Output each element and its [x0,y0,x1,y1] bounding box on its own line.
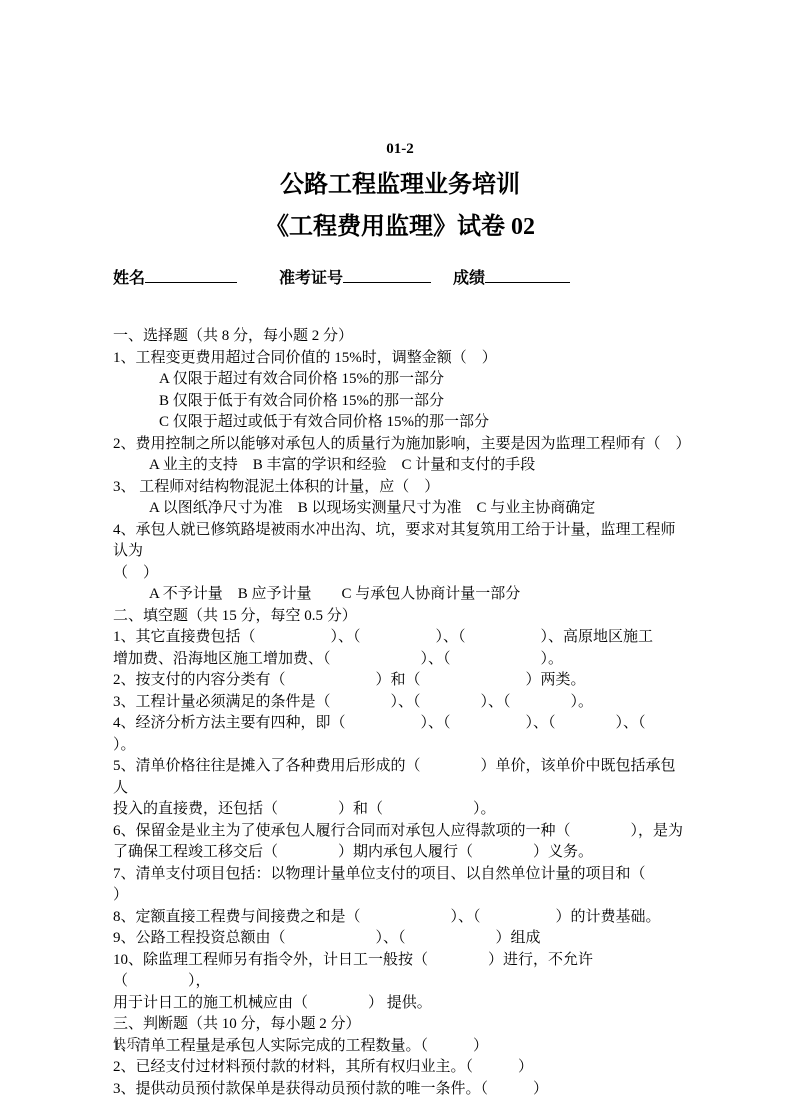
exam-subtitle: 《工程费用监理》试卷 02 [113,212,687,242]
blank-section-heading: 二、填空题（共 15 分，每空 0.5 分） [113,606,687,628]
choice-q2: 2、费用控制之所以能够对承包人的质量行为施加影响，主要是因为监理工程师有（ ） [113,434,687,456]
choice-q4-line1: 4、承包人就已修筑路堤被雨水冲出沟、坑，要求对其复筑用工给于计量，监理工程师认为 [113,520,687,563]
footer-note: 快乐 [113,1036,139,1052]
ticket-label: 准考证号 [279,268,343,290]
blank-q2: 2、按支付的内容分类有（ ）和（ ）两类。 [113,670,687,692]
choice-q1-option-a: A 仅限于超过有效合同价格 15%的那一部分 [113,369,687,391]
choice-q4-line2: （ ） [113,563,687,585]
name-field: 姓名 [113,268,237,290]
blank-q1-line2: 增加费、沿海地区施工增加费、（ ）、（ ）。 [113,649,687,671]
choice-q1-option-c: C 仅限于超过或低于有效合同价格 15%的那一部分 [113,412,687,434]
choice-q2-options: A 业主的支持 B 丰富的学识和经验 C 计量和支付的手段 [113,455,687,477]
score-field: 成绩 [453,268,570,290]
exam-code: 01-2 [113,140,687,158]
choice-q1: 1、工程变更费用超过合同价值的 15%时，调整金额（ ） [113,348,687,370]
choice-q1-option-b: B 仅限于低于有效合同价格 15%的那一部分 [113,391,687,413]
candidate-info-row: 姓名 准考证号 成绩 [113,268,687,290]
judge-section-heading: 三、判断题（共 10 分，每小题 2 分） [113,1014,687,1036]
blank-q10-line1: 10、除监理工程师另有指令外，计日工一般按（ ）进行，不允许（ ）， [113,950,687,993]
blank-q10-line2: 用于计日工的施工机械应由（ ） 提供。 [113,993,687,1015]
name-label: 姓名 [113,268,145,290]
blank-q7-line2: ） [113,885,687,907]
judge-q3: 3、提供动员预付款保单是获得动员预付款的唯一条件。（ ） [113,1079,687,1101]
choice-section-heading: 一、选择题（共 8 分，每小题 2 分） [113,326,687,348]
choice-q4-options: A 不予计量 B 应予计量 C 与承包人协商计量一部分 [113,584,687,606]
ticket-blank [343,268,431,283]
blank-q1-line1: 1、其它直接费包括（ ）、（ ）、（ ）、高原地区施工 [113,627,687,649]
blank-q4-line2: ）。 [113,735,687,757]
judge-q1: 1、清单工程量是承包人实际完成的工程数量。（ ） [113,1036,687,1058]
blank-q3: 3、工程计量必须满足的条件是（ ）、（ ）、（ ）。 [113,692,687,714]
section-fill-blank: 二、填空题（共 15 分，每空 0.5 分） 1、其它直接费包括（ ）、（ ）、… [113,606,687,1015]
blank-q5-line1: 5、清单价格往往是摊入了各种费用后形成的（ ）单价，该单价中既包括承包人 [113,756,687,799]
blank-q5-line2: 投入的直接费，还包括（ ）和（ ）。 [113,799,687,821]
ticket-field: 准考证号 [279,268,431,290]
exam-title: 公路工程监理业务培训 [113,170,687,200]
blank-q6-line2: 了确保工程竣工移交后（ ）期内承包人履行（ ）义务。 [113,842,687,864]
section-multiple-choice: 一、选择题（共 8 分，每小题 2 分） 1、工程变更费用超过合同价值的 15%… [113,326,687,606]
exam-paper-page: 01-2 公路工程监理业务培训 《工程费用监理》试卷 02 姓名 准考证号 成绩… [0,0,792,1120]
blank-q6-line1: 6、保留金是业主为了使承包人履行合同而对承包人应得款项的一种（ ），是为 [113,821,687,843]
score-blank [485,268,570,283]
blank-q4-line1: 4、经济分析方法主要有四种，即（ ）、（ ）、（ ）、（ [113,713,687,735]
choice-q3-options: A 以图纸净尺寸为准 B 以现场实测量尺寸为准 C 与业主协商确定 [113,498,687,520]
section-true-false: 三、判断题（共 10 分，每小题 2 分） 1、清单工程量是承包人实际完成的工程… [113,1014,687,1100]
blank-q9: 9、公路工程投资总额由（ ）、（ ）组成 [113,928,687,950]
exam-body: 一、选择题（共 8 分，每小题 2 分） 1、工程变更费用超过合同价值的 15%… [113,326,687,1100]
name-blank [145,268,237,283]
blank-q7-line1: 7、清单支付项目包括：以物理计量单位支付的项目、以自然单位计量的项目和（ [113,864,687,886]
judge-q2: 2、已经支付过材料预付款的材料，其所有权归业主。（ ） [113,1057,687,1079]
choice-q3: 3、 工程师对结构物混泥土体积的计量，应（ ） [113,477,687,499]
score-label: 成绩 [453,268,485,290]
blank-q8: 8、定额直接工程费与间接费之和是（ ）、（ ）的计费基础。 [113,907,687,929]
